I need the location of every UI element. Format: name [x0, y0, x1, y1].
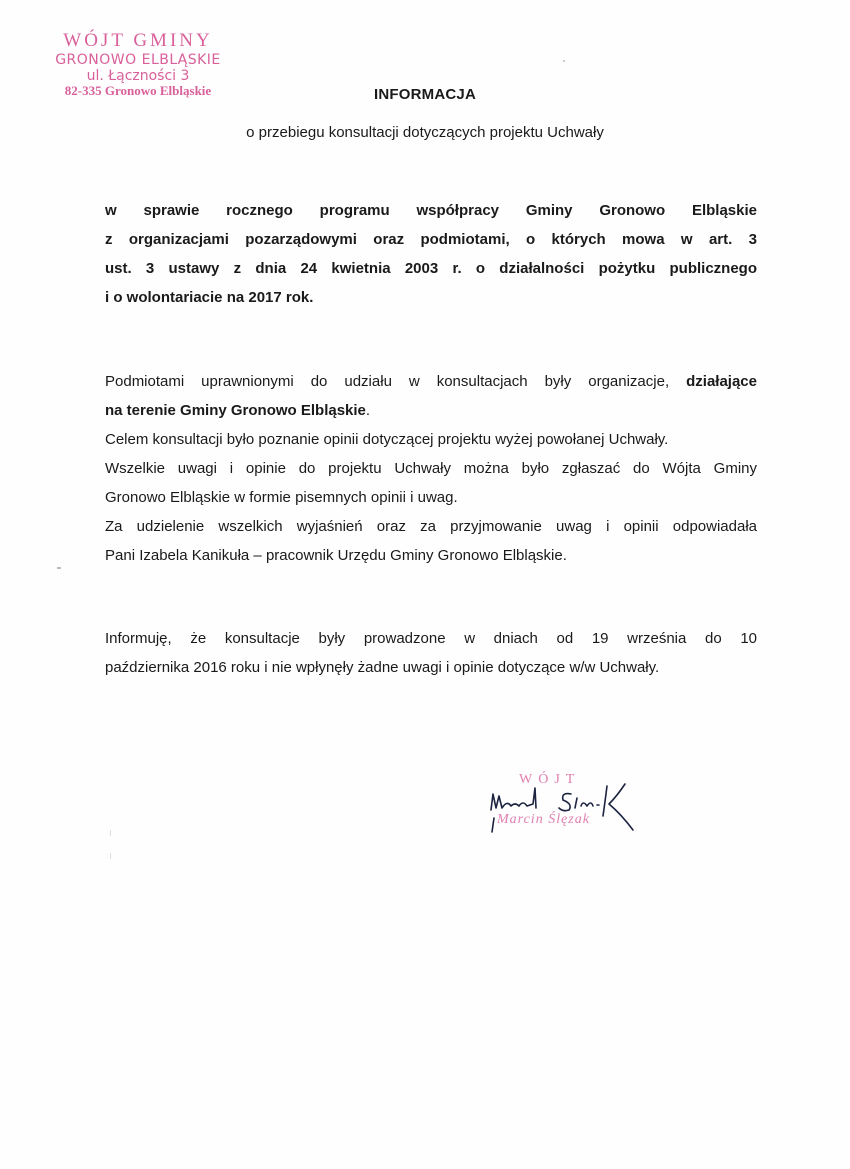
subject-paragraph: w sprawie rocznego programu współpracy G… — [105, 196, 757, 312]
subject-line: z organizacjami pozarządowymi oraz podmi… — [105, 225, 757, 254]
scan-speck — [110, 830, 111, 836]
body-text: Podmiotami uprawnionymi do udziału w kon… — [105, 373, 669, 390]
closing-paragraph: Informuję, że konsultacje były prowadzon… — [105, 624, 757, 682]
closing-line: Informuję, że konsultacje były prowadzon… — [105, 624, 757, 653]
body-line: Gronowo Elbląskie w formie pisemnych opi… — [105, 483, 757, 512]
document-subtitle: o przebiegu konsultacji dotyczących proj… — [0, 124, 850, 141]
body-line: Pani Izabela Kanikuła – pracownik Urzędu… — [105, 541, 757, 570]
signature-block: WÓJT Marcin Ślęzak — [487, 770, 647, 835]
body-line: Za udzielenie wszelkich wyjaśnień oraz z… — [105, 512, 757, 541]
body-emphasis: działające — [686, 373, 757, 390]
body-line: Podmiotami uprawnionymi do udziału w kon… — [105, 367, 757, 396]
subject-line: i o wolontariacie na 2017 rok. — [105, 283, 757, 312]
scan-speck — [563, 60, 565, 62]
body-line: na terenie Gminy Gronowo Elbląskie. — [105, 396, 757, 425]
signatory-name-stamp: Marcin Ślęzak — [497, 812, 590, 828]
scan-speck — [110, 853, 111, 859]
stamp-municipality: GRONOWO ELBLĄSKIE — [38, 52, 238, 68]
document-page: WÓJT GMINY GRONOWO ELBLĄSKIE ul. Łącznoś… — [0, 0, 850, 1169]
stamp-office: WÓJT GMINY — [38, 30, 238, 52]
subject-line: ust. 3 ustawy z dnia 24 kwietnia 2003 r.… — [105, 254, 757, 283]
handwritten-signature-icon — [487, 778, 647, 838]
subject-line: w sprawie rocznego programu współpracy G… — [105, 196, 757, 225]
body-paragraph: Podmiotami uprawnionymi do udziału w kon… — [105, 367, 757, 570]
closing-line: października 2016 roku i nie wpłynęły ża… — [105, 653, 757, 682]
document-title: INFORMACJA — [0, 86, 850, 103]
scan-speck — [57, 567, 61, 569]
body-emphasis: na terenie Gminy Gronowo Elbląskie — [105, 402, 366, 419]
stamp-street: ul. Łączności 3 — [38, 68, 238, 84]
body-line: Wszelkie uwagi i opinie do projektu Uchw… — [105, 454, 757, 483]
body-line: Celem konsultacji było poznanie opinii d… — [105, 425, 757, 454]
body-text: . — [366, 402, 370, 419]
